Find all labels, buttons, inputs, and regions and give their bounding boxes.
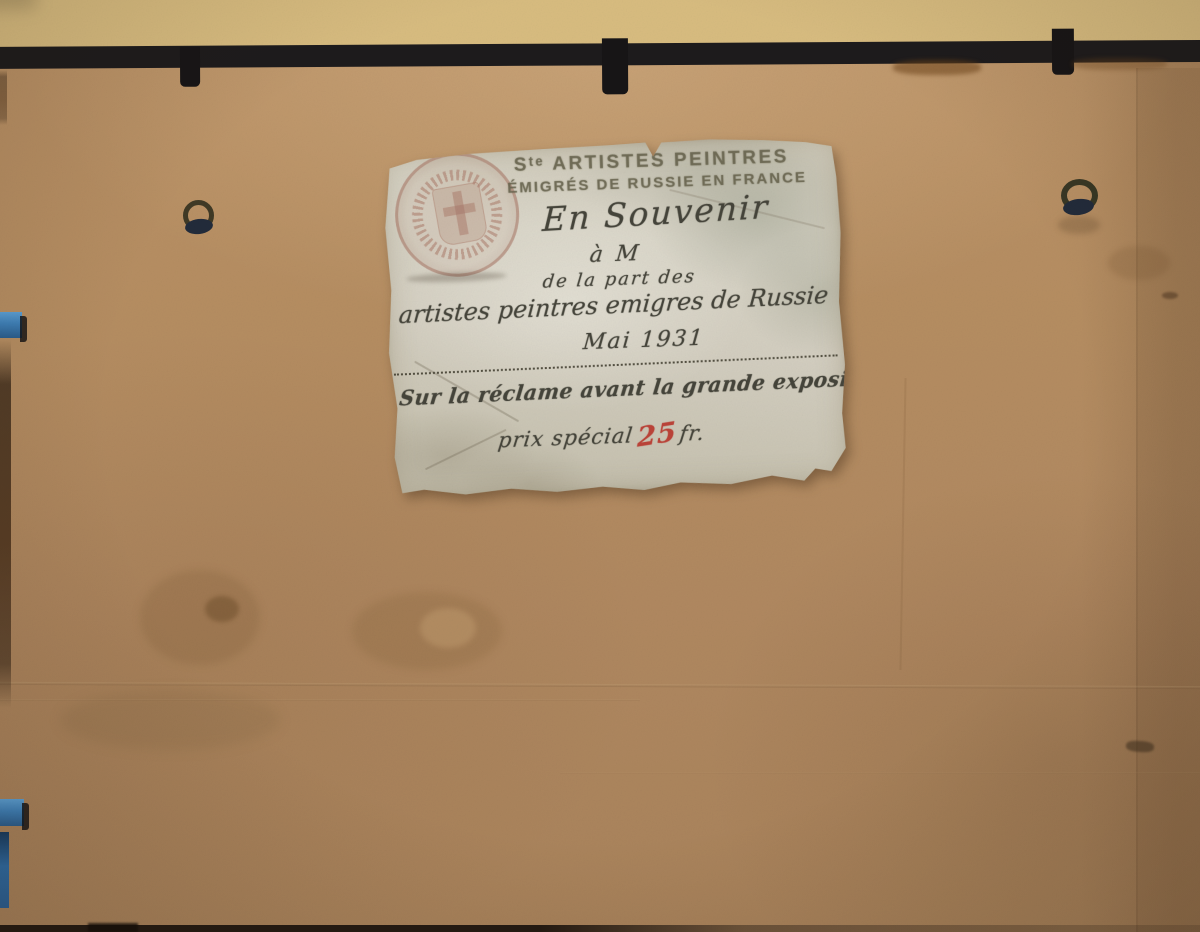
frame-retainer-clip <box>180 47 200 87</box>
frame-edge-shadow <box>0 340 11 708</box>
price-label: prix spécial <box>497 423 635 452</box>
hanging-ring-left <box>183 200 214 231</box>
ring-shadow <box>1058 216 1100 234</box>
price-currency: fr. <box>678 421 706 446</box>
framed-picture-back-photo: Sᵗᵉ ARTISTES PEINTRES ÉMIGRÉS DE RUSSIE … <box>0 0 1200 932</box>
handwritten-note-line: Sur la réclame avant la grande expositio… <box>398 366 837 410</box>
label-paper: Sᵗᵉ ARTISTES PEINTRES ÉMIGRÉS DE RUSSIE … <box>380 135 850 500</box>
seal-shadow <box>406 271 506 284</box>
exhibition-label: Sᵗᵉ ARTISTES PEINTRES ÉMIGRÉS DE RUSSIE … <box>380 135 850 500</box>
bottom-edge-mark <box>88 923 138 932</box>
frame-retainer-clip <box>602 38 628 94</box>
price-amount: 25 <box>637 416 677 453</box>
handwritten-date: Mai 1931 <box>582 326 706 356</box>
frame-edge-shadow <box>0 70 7 125</box>
bottom-frame-edge <box>0 925 1200 932</box>
crease-line <box>425 429 507 470</box>
blue-corner-strip <box>0 832 9 908</box>
frame-retainer-clip <box>1052 29 1074 75</box>
handwritten-dedication-title: En Souvenir <box>541 187 770 239</box>
hanging-ring-right <box>1061 179 1098 212</box>
wood-corner-shade <box>0 0 36 10</box>
handwritten-addressee: à M <box>588 241 642 268</box>
handwritten-price-line: prix spécial25fr. <box>497 416 707 455</box>
blue-tape-clip-upper <box>0 312 22 338</box>
blue-tape-clip-lower <box>0 799 24 826</box>
glue-stain <box>893 60 981 75</box>
board-right-shading <box>1136 68 1200 932</box>
glue-stain <box>1072 58 1167 70</box>
